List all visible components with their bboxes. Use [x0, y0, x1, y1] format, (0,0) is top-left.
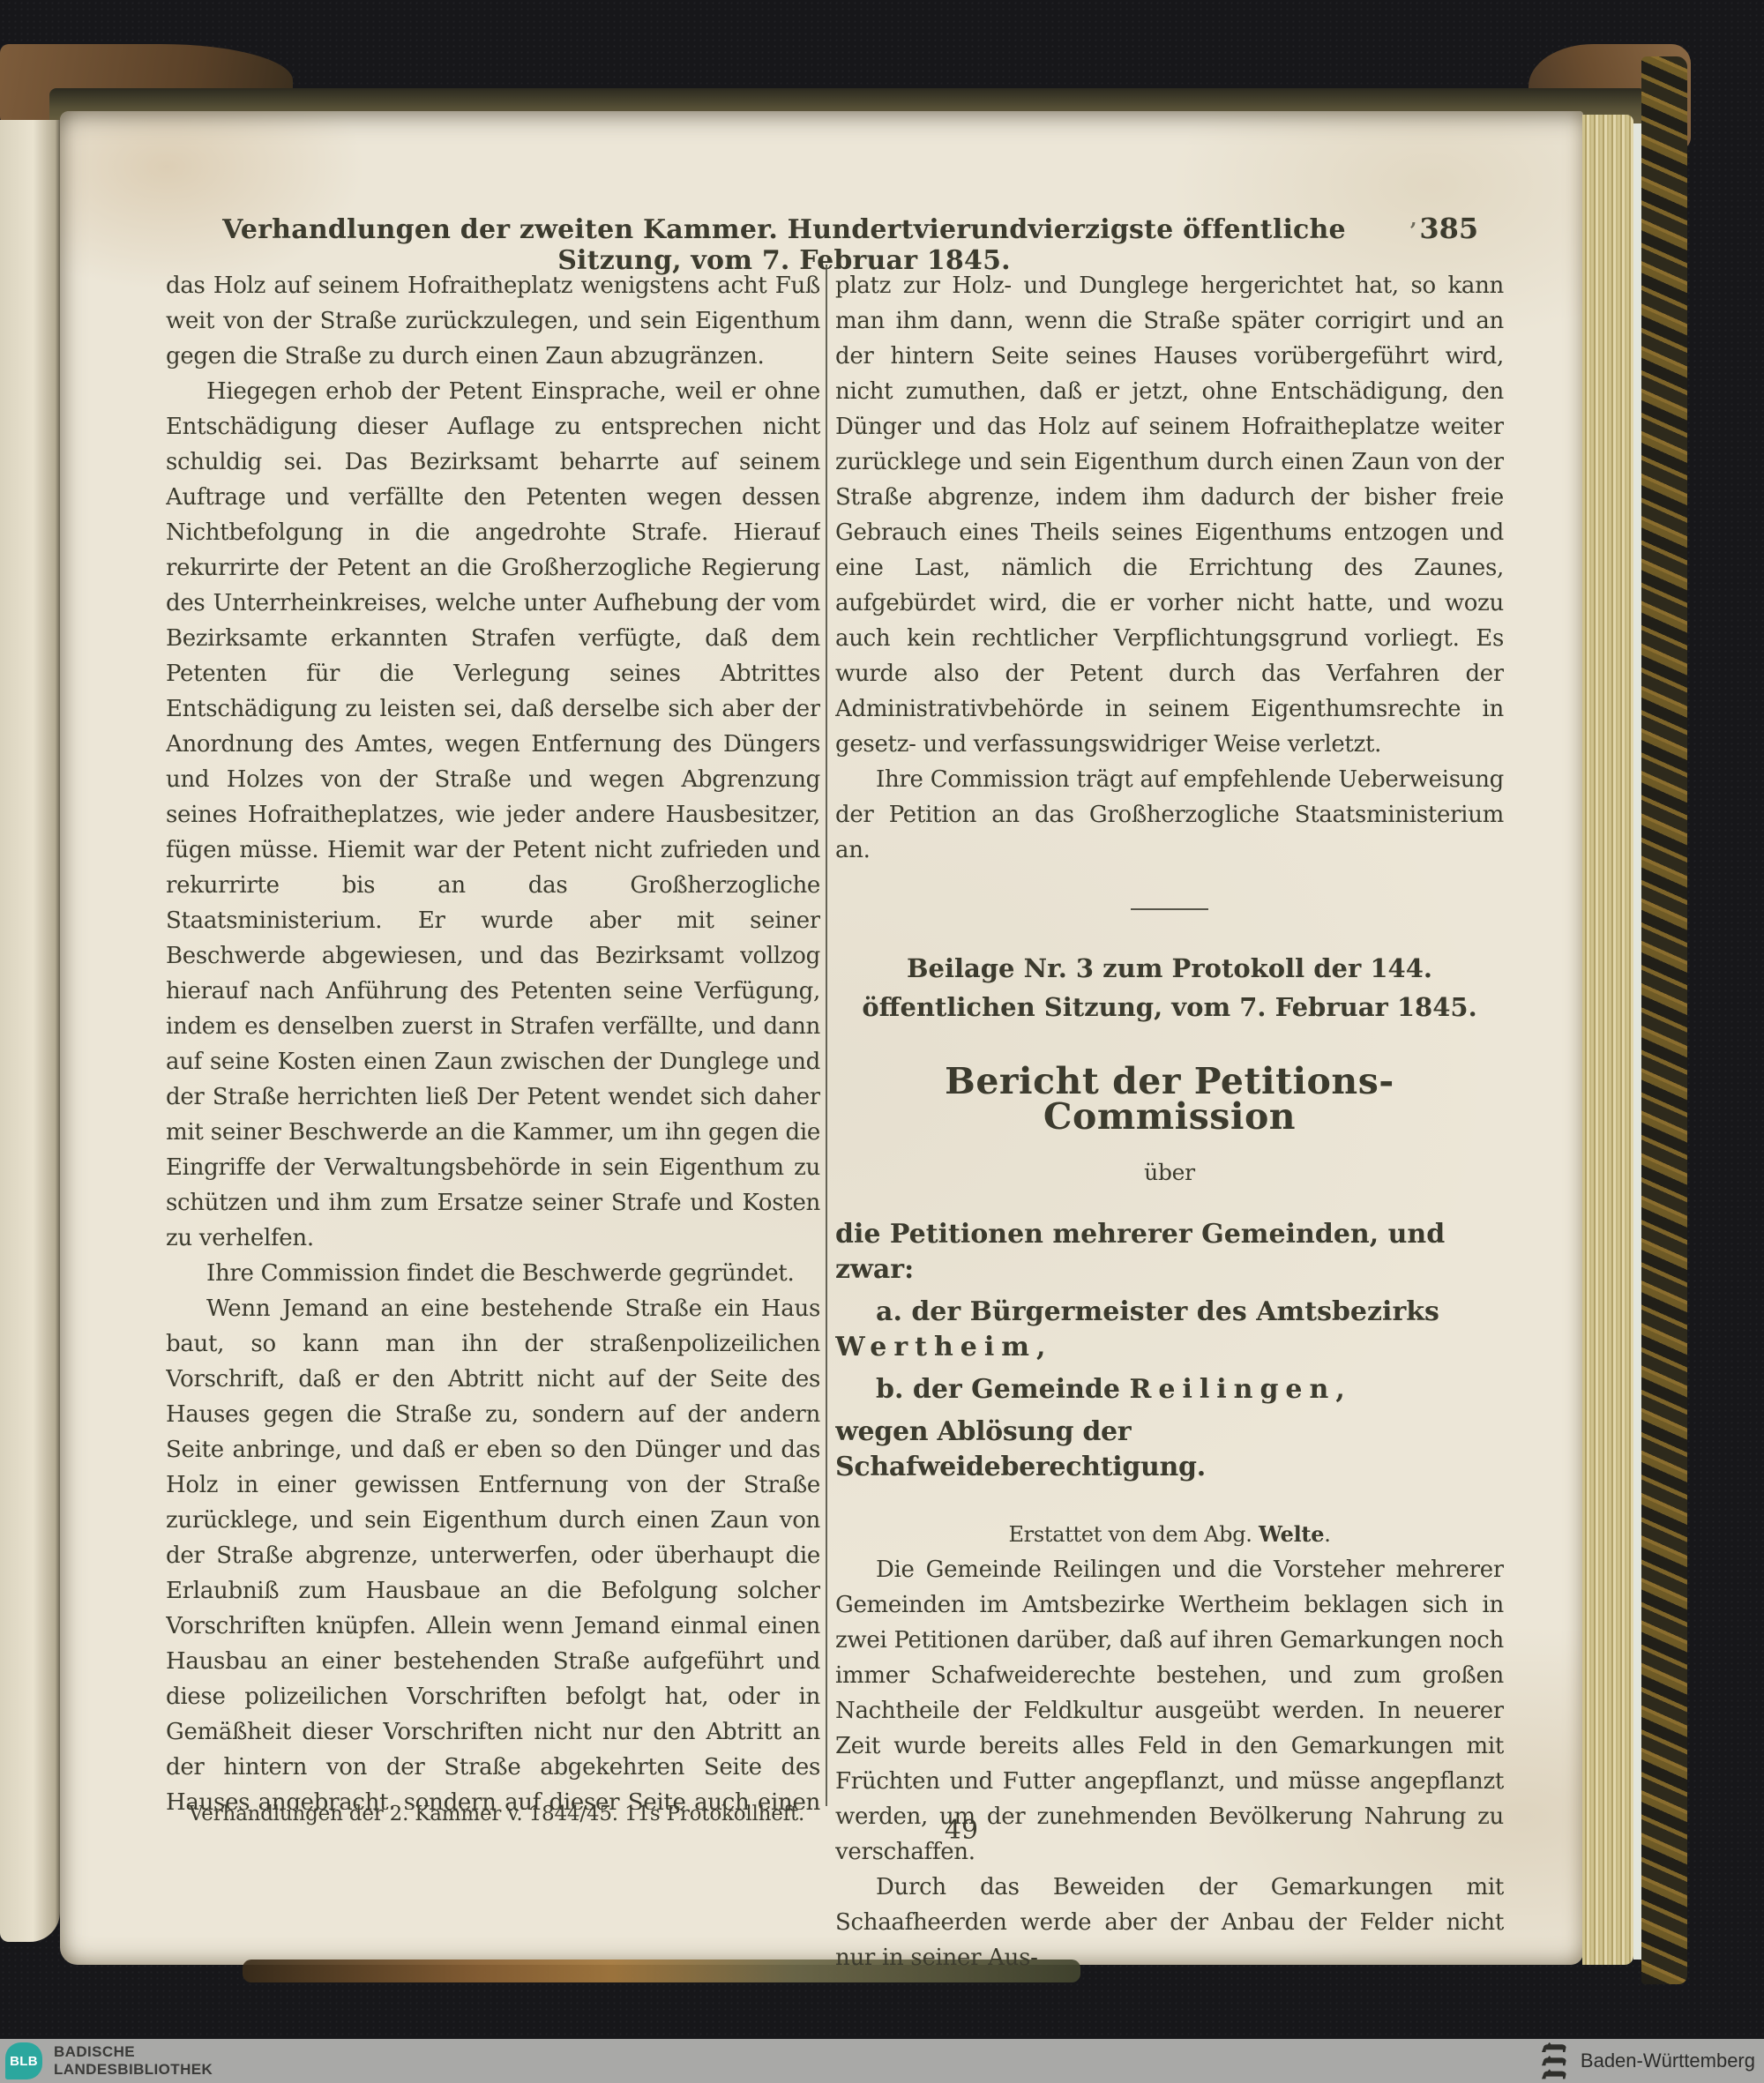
report-subtitle-ueber: über — [835, 1155, 1504, 1191]
report-title: Bericht der Petitions-Commission — [835, 1064, 1504, 1134]
endpaper-sliver — [1633, 123, 1641, 1960]
marbled-cover-edge — [1641, 56, 1687, 1984]
left-column: das Holz auf seinem Hofraitheplatz wenig… — [166, 268, 820, 1810]
baden-wuerttemberg-coat-of-arms-icon — [1540, 2042, 1572, 2080]
report-subject-intro: die Petitionen mehrerer Gemeinden, und z… — [835, 1217, 1504, 1288]
page-number: ’385 — [1409, 212, 1491, 245]
page-stack-left-edge — [0, 120, 60, 1942]
library-footer-bar: BLB BADISCHE LANDESBIBLIOTHEK Baden-Würt… — [0, 2039, 1764, 2083]
right-column: platz zur Holz- und Dunglege hergerichte… — [835, 268, 1504, 1970]
petition-item-a: a. der Bürgermeister des Amtsbezirks Wer… — [835, 1295, 1504, 1365]
paragraph: platz zur Holz- und Dunglege hergerichte… — [835, 268, 1504, 762]
paragraph: Ihre Commission findet die Beschwerde ge… — [166, 1256, 820, 1291]
report-subject-tail: wegen Ablösung der Schafweideberechtigun… — [835, 1415, 1504, 1485]
digitized-book-scan: { "header": { "title": "Verhandlungen de… — [0, 0, 1764, 2083]
running-header-title: Verhandlungen der zweiten Kammer. Hunder… — [159, 214, 1409, 276]
reporter-name: Welte — [1259, 1521, 1324, 1547]
place-name-reilingen: Reilingen — [1129, 1374, 1335, 1405]
library-name: BADISCHE LANDESBIBLIOTHEK — [54, 2043, 213, 2079]
book-fore-edge — [1582, 115, 1633, 1965]
attachment-heading: Beilage Nr. 3 zum Protokoll der 144. öff… — [835, 949, 1504, 1027]
ink-mark: ’ — [1409, 218, 1416, 243]
paragraph: das Holz auf seinem Hofraitheplatz wenig… — [166, 268, 820, 374]
paragraph: Ihre Commission trägt auf empfehlende Ue… — [835, 762, 1504, 868]
sheet-signature-number: 49 — [908, 1815, 1014, 1846]
blb-logo: BLB — [5, 2042, 42, 2079]
petition-item-b: b. der Gemeinde Reilingen, — [835, 1372, 1504, 1407]
paragraph: Hiegegen erhob der Petent Einsprache, we… — [166, 374, 820, 1256]
running-header: Verhandlungen der zweiten Kammer. Hunder… — [159, 212, 1491, 276]
column-divider-rule — [826, 265, 827, 1806]
paragraph: Wenn Jemand an eine bestehende Straße ei… — [166, 1291, 820, 1810]
state-name: Baden-Württemberg — [1581, 2049, 1755, 2072]
place-name-wertheim: Wertheim — [835, 1332, 1036, 1363]
section-divider — [1131, 908, 1208, 910]
volume-footnote: Verhandlungen der 2. Kammer v. 1844/45. … — [189, 1803, 824, 1825]
reporter-line: Erstattet von dem Abg. Welte. — [835, 1517, 1504, 1552]
paragraph: Durch das Beweiden der Gemarkungen mit S… — [835, 1870, 1504, 1970]
